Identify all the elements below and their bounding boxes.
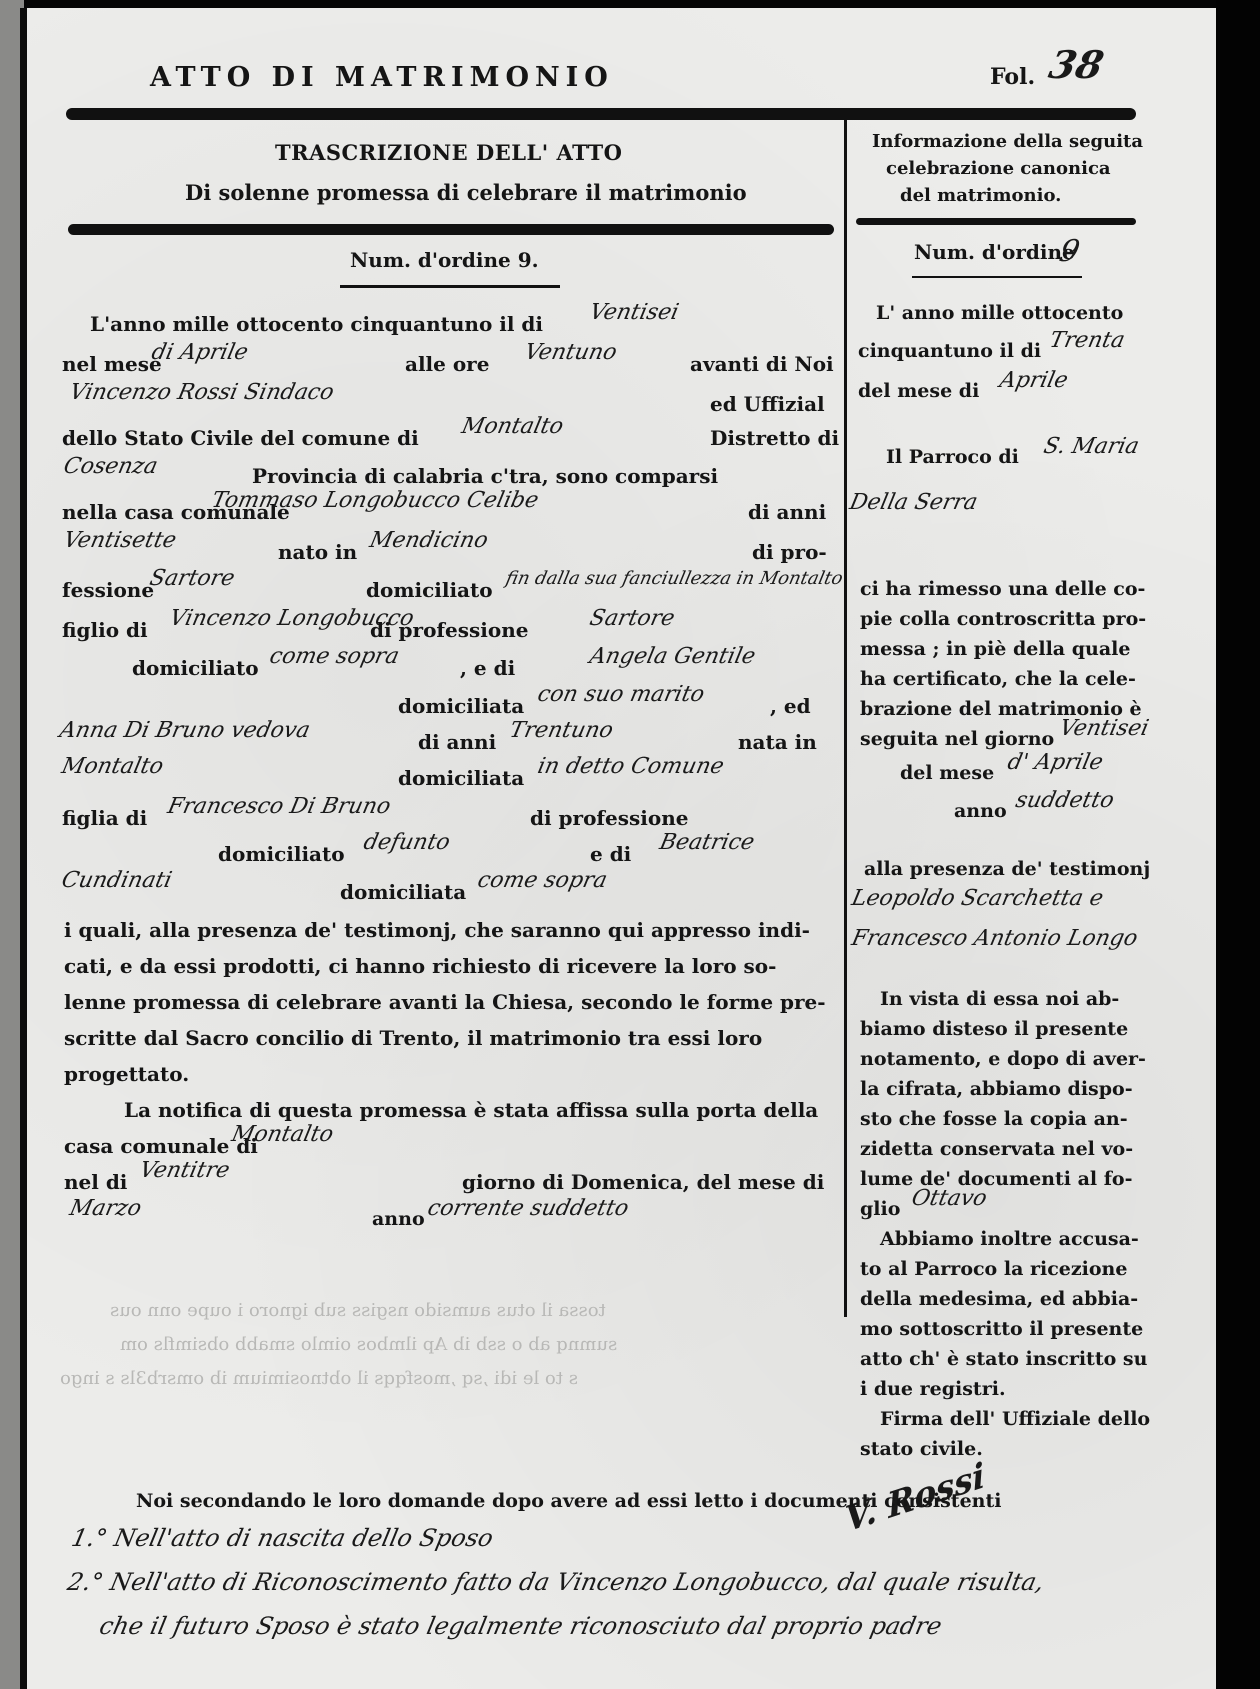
sidebar-body-1: ci ha rimesso una delle co- <box>860 578 1145 600</box>
hw-bride-father: Francesco Di Bruno <box>165 794 393 819</box>
notice-line-1: La notifica di questa promessa è stata a… <box>124 1098 818 1122</box>
hw-bride-age: Trentuno <box>507 718 615 743</box>
hw-sidebar-month: Aprile <box>997 368 1070 393</box>
sidebar-year: L' anno mille ottocento <box>876 302 1123 324</box>
sidebar-body-4: ha certificato, che la cele- <box>860 668 1136 690</box>
footer-printed-line: Noi secondando le loro domande dopo aver… <box>136 1490 1001 1512</box>
line-and-of: , e di <box>460 656 515 680</box>
line-father-profession: di professione <box>370 618 528 642</box>
page-left-border <box>20 8 27 1689</box>
sidebar-closing2-5: atto ch' è stato inscritto su <box>860 1348 1147 1370</box>
order-number: Num. d'ordine 9. <box>350 248 539 272</box>
paragraph-line-4: scritte dal Sacro concilio di Trento, il… <box>64 1026 762 1050</box>
hw-commune: Montalto <box>459 414 565 439</box>
order-number-underline <box>340 285 560 288</box>
hw-sidebar-celebration-month: d' Aprile <box>1005 750 1105 775</box>
line-official: ed Uffizial <box>710 392 825 416</box>
line-mother-domicile: domiciliata <box>398 694 524 718</box>
sidebar-closing-7: lume de' documenti al fo- <box>860 1168 1132 1190</box>
right-heading-rule <box>856 218 1136 225</box>
sidebar-closing2-2: to al Parroco la ricezione <box>860 1258 1127 1280</box>
footer-item-1: 1.° Nell'atto di nascita dello Sposo <box>69 1524 496 1552</box>
sidebar-celebration-year-label: anno <box>954 800 1007 822</box>
hw-bride-birthplace: Montalto <box>59 754 165 779</box>
sidebar-closing-2: biamo disteso il presente <box>860 1018 1128 1040</box>
line-commune-label: dello Stato Civile del comune di <box>62 426 419 450</box>
sidebar-month-label: del mese di <box>858 380 979 402</box>
sidebar-closing-3: notamento, e dopo di aver- <box>860 1048 1146 1070</box>
line-and-of-f: e di <box>590 842 631 866</box>
line-father-domicile: domiciliato <box>132 656 259 680</box>
hw-groom-birthplace: Mendicino <box>367 528 490 553</box>
hw-sidebar-celebration-day: Ventisei <box>1057 716 1151 741</box>
footer-item-3: che il futuro Sposo è stato legalmente r… <box>97 1612 944 1640</box>
paragraph-line-1: i quali, alla presenza de' testimonj, ch… <box>64 918 810 942</box>
line-profession-start: di pro- <box>752 540 827 564</box>
line-district-label: Distretto di <box>710 426 839 450</box>
sidebar-signature-label-2: stato civile. <box>860 1438 983 1460</box>
hw-sidebar-parish-2: Della Serra <box>847 490 979 515</box>
hw-notice-month: Marzo <box>67 1196 143 1221</box>
section-heading: TRASCRIZIONE DELL' ATTO <box>275 140 622 165</box>
line-bride-mother-domicile: domiciliata <box>340 880 466 904</box>
column-divider <box>844 115 847 1317</box>
hw-bride-mother-domicile: come sopra <box>475 868 609 893</box>
bleed-through-text: sumnq ab o ssb ib Ap ilmbos oimlo smabb … <box>120 1334 617 1355</box>
sidebar-body-3: messa ; in piè della quale <box>860 638 1130 660</box>
left-heading-rule <box>68 224 834 235</box>
hw-bride-domicile: in detto Comune <box>535 754 726 779</box>
hw-groom-name: Tommaso Longobucco Celibe <box>209 488 540 513</box>
sidebar-closing-6: zidetta conservata nel vo- <box>860 1138 1133 1160</box>
hw-groom-profession: Sartore <box>147 566 237 591</box>
sidebar-celebration-month-label: del mese <box>900 762 994 784</box>
line-age-label: di anni <box>748 500 826 524</box>
folio-label: Fol. <box>990 64 1035 90</box>
hw-day: Ventisei <box>587 300 681 325</box>
line-bride-father-domicile: domiciliato <box>218 842 345 866</box>
hw-hour: Ventuno <box>522 340 619 365</box>
notice-year-label: anno <box>372 1208 425 1230</box>
notice-weekday: giorno di Domenica, del mese di <box>462 1170 824 1194</box>
line-son-of: figlio di <box>62 618 148 642</box>
sidebar-closing2-1: Abbiamo inoltre accusa- <box>880 1228 1139 1250</box>
hw-district: Cosenza <box>61 454 160 479</box>
hw-sidebar-day: Trenta <box>1047 328 1127 353</box>
line-province: Provincia di calabria c'tra, sono compar… <box>252 464 718 488</box>
hw-father-domicile: come sopra <box>267 644 401 669</box>
line-profession: fessione <box>62 578 154 602</box>
hw-notice-commune: Montalto <box>229 1122 335 1147</box>
sidebar-closing-5: sto che fosse la copia an- <box>860 1108 1128 1130</box>
sidebar-signature-label-1: Firma dell' Uffiziale dello <box>880 1408 1150 1430</box>
sidebar-heading-line-1: Informazione della seguita <box>872 131 1143 152</box>
paragraph-line-3: lenne promessa di celebrare avanti la Ch… <box>64 990 826 1014</box>
line-domicile: domiciliato <box>366 578 493 602</box>
paragraph-line-5: progettato. <box>64 1062 189 1086</box>
hw-father-profession: Sartore <box>587 606 677 631</box>
hw-sidebar-parish: S. Maria <box>1041 434 1141 459</box>
bleed-through-text: tossa il otus aumsido nsgiss sub ignoro … <box>110 1300 606 1321</box>
header-rule <box>66 108 1136 120</box>
line-daughter-of: figlia di <box>62 806 147 830</box>
line-bride-age-label: di anni <box>418 730 496 754</box>
notice-day-label: nel di <box>64 1170 127 1194</box>
line-month-label: nel mese <box>62 352 162 376</box>
hw-bride-name: Anna Di Bruno vedova <box>57 718 312 743</box>
hw-sidebar-celebration-year: suddetto <box>1013 788 1116 813</box>
line-born-in-f: nata in <box>738 730 817 754</box>
sidebar-heading-line-3: del matrimonio. <box>900 185 1061 206</box>
line-before-us: avanti di Noi <box>690 352 834 376</box>
sidebar-closing2-4: mo sottoscritto il presente <box>860 1318 1143 1340</box>
line-bride-domicile: domiciliata <box>398 766 524 790</box>
hw-witness-1: Leopoldo Scarchetta e <box>849 886 1105 911</box>
document-title: ATTO DI MATRIMONIO <box>150 62 614 93</box>
folio-number: 38 <box>1045 42 1107 87</box>
paragraph-line-2: cati, e da essi prodotti, ci hanno richi… <box>64 954 776 978</box>
sidebar-closing2-6: i due registri. <box>860 1378 1006 1400</box>
sidebar-closing-4: la cifrata, abbiamo dispo- <box>860 1078 1133 1100</box>
scan-right-margin <box>1216 0 1260 1689</box>
sidebar-body-2: pie colla controscritta pro- <box>860 608 1146 630</box>
hw-bride-father-domicile: defunto <box>361 830 452 855</box>
hw-mother-domicile: con suo marito <box>535 682 706 707</box>
line-and: , ed <box>770 694 811 718</box>
hw-bride-mother-surname: Cundinati <box>59 868 174 893</box>
line-hour-label: alle ore <box>405 352 489 376</box>
line-bride-father-profession: di professione <box>530 806 688 830</box>
hw-mother-name: Angela Gentile <box>587 644 757 669</box>
sidebar-heading-line-2: celebrazione canonica <box>886 158 1111 179</box>
line-born-in: nato in <box>278 540 357 564</box>
footer-item-2: 2.° Nell'atto di Riconoscimento fatto da… <box>65 1568 1047 1596</box>
sidebar-celebration-day-label: seguita nel giorno <box>860 728 1054 750</box>
sidebar-folio-label: glio <box>860 1198 900 1220</box>
line-year: L'anno mille ottocento cinquantuno il di <box>90 312 543 336</box>
hw-witness-2: Francesco Antonio Longo <box>849 926 1140 951</box>
sidebar-witnesses-label: alla presenza de' testimonj <box>864 858 1150 880</box>
hw-notice-year: corrente suddetto <box>425 1196 631 1221</box>
sidebar-closing-1: In vista di essa noi ab- <box>880 988 1119 1010</box>
section-subheading: Di solenne promessa di celebrare il matr… <box>185 180 747 205</box>
hw-groom-age: Ventisette <box>61 528 178 553</box>
hw-officer-name: Vincenzo Rossi Sindaco <box>67 380 336 405</box>
sidebar-parish-label: Il Parroco di <box>886 446 1019 468</box>
hw-sidebar-folio: Ottavo <box>909 1186 989 1211</box>
sidebar-closing2-3: della medesima, ed abbia- <box>860 1288 1138 1310</box>
sidebar-order-label: Num. d'ordine <box>914 240 1075 264</box>
hw-month: di Aprile <box>149 340 250 365</box>
hw-notice-day: Ventitre <box>137 1158 232 1183</box>
sidebar-day-label: cinquantuno il di <box>858 340 1041 362</box>
hw-bride-mother: Beatrice <box>657 830 756 855</box>
hw-groom-domicile: fin dalla sua fanciullezza in Montalto <box>504 568 845 589</box>
sidebar-order-underline <box>912 276 1082 278</box>
bleed-through-text: s to le idi ,sq ,mosfqqs il obtnosimium … <box>60 1368 578 1389</box>
